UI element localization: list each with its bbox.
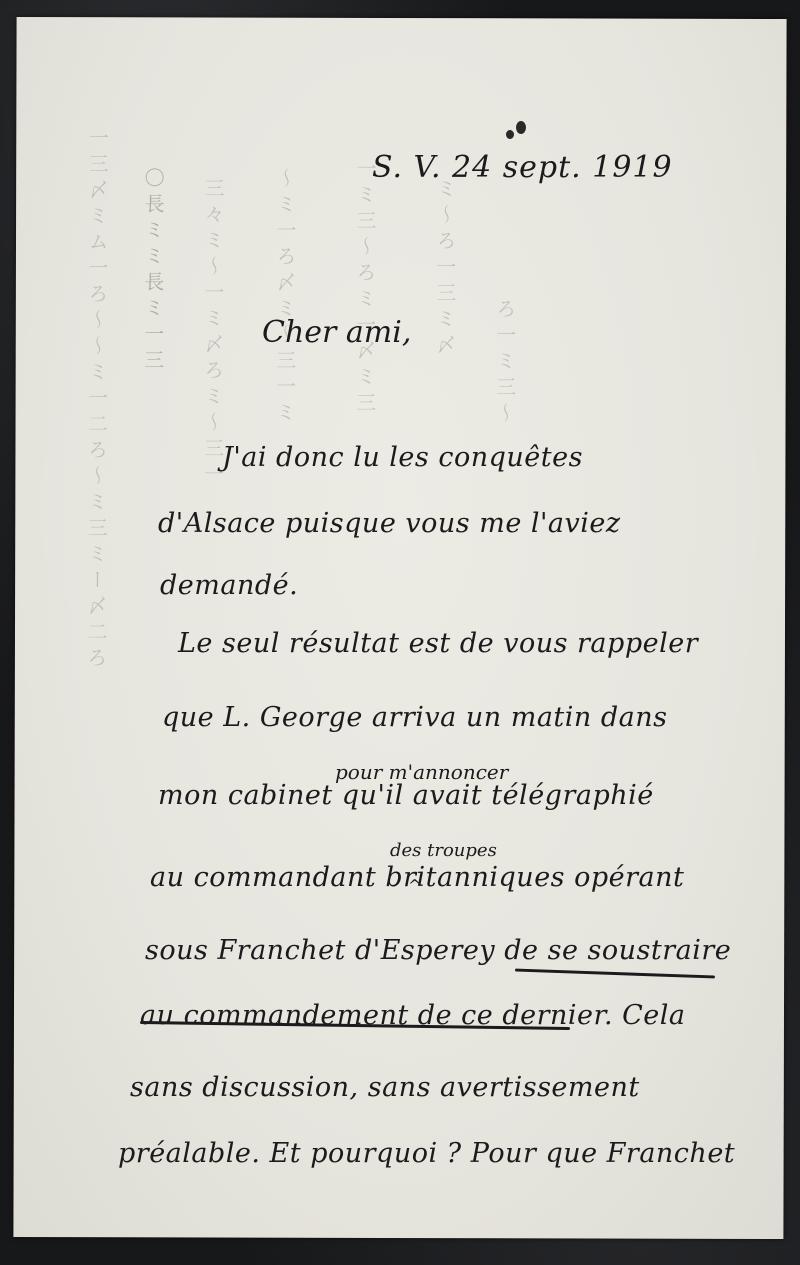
salutation: Cher ami, [262,315,411,350]
show-through-calligraphy: 〜ミ一ろ〆ミ〜三一ミ [264,168,304,1068]
ink-blot [516,121,526,134]
body-line-10: sans discussion, sans avertissement [130,1072,640,1103]
ink-blot [506,130,514,139]
body-line-1: J'ai donc lu les conquêtes [222,442,583,473]
show-through-calligraphy: 一三〆ミム一ろ〜〜ミ一二ろ〜ミ三ミー〆二ろ [76,127,117,1127]
body-line-11: préalable. Et pourquoi ? Pour que Franch… [118,1138,735,1169]
letter-date: S. V. 24 sept. 1919 [372,150,673,185]
insertion-above-line-7: des troupes [390,840,497,861]
body-line-8: sous Franchet d'Esperey de se soustraire [145,935,731,966]
body-line-2: d'Alsace puisque vous me l'aviez [158,508,621,539]
body-line-7: au commandant britanniques opérant [150,862,684,893]
body-line-4: Le seul résultat est de vous rappeler [178,628,698,659]
body-line-5: que L. George arriva un matin dans [162,702,668,733]
body-line-3: demandé. [160,570,298,601]
show-through-calligraphy: 一ミ三〜ろミ一〆ミ三 [344,158,384,1058]
body-line-6: mon cabinet qu'il avait télégraphié [158,780,654,811]
